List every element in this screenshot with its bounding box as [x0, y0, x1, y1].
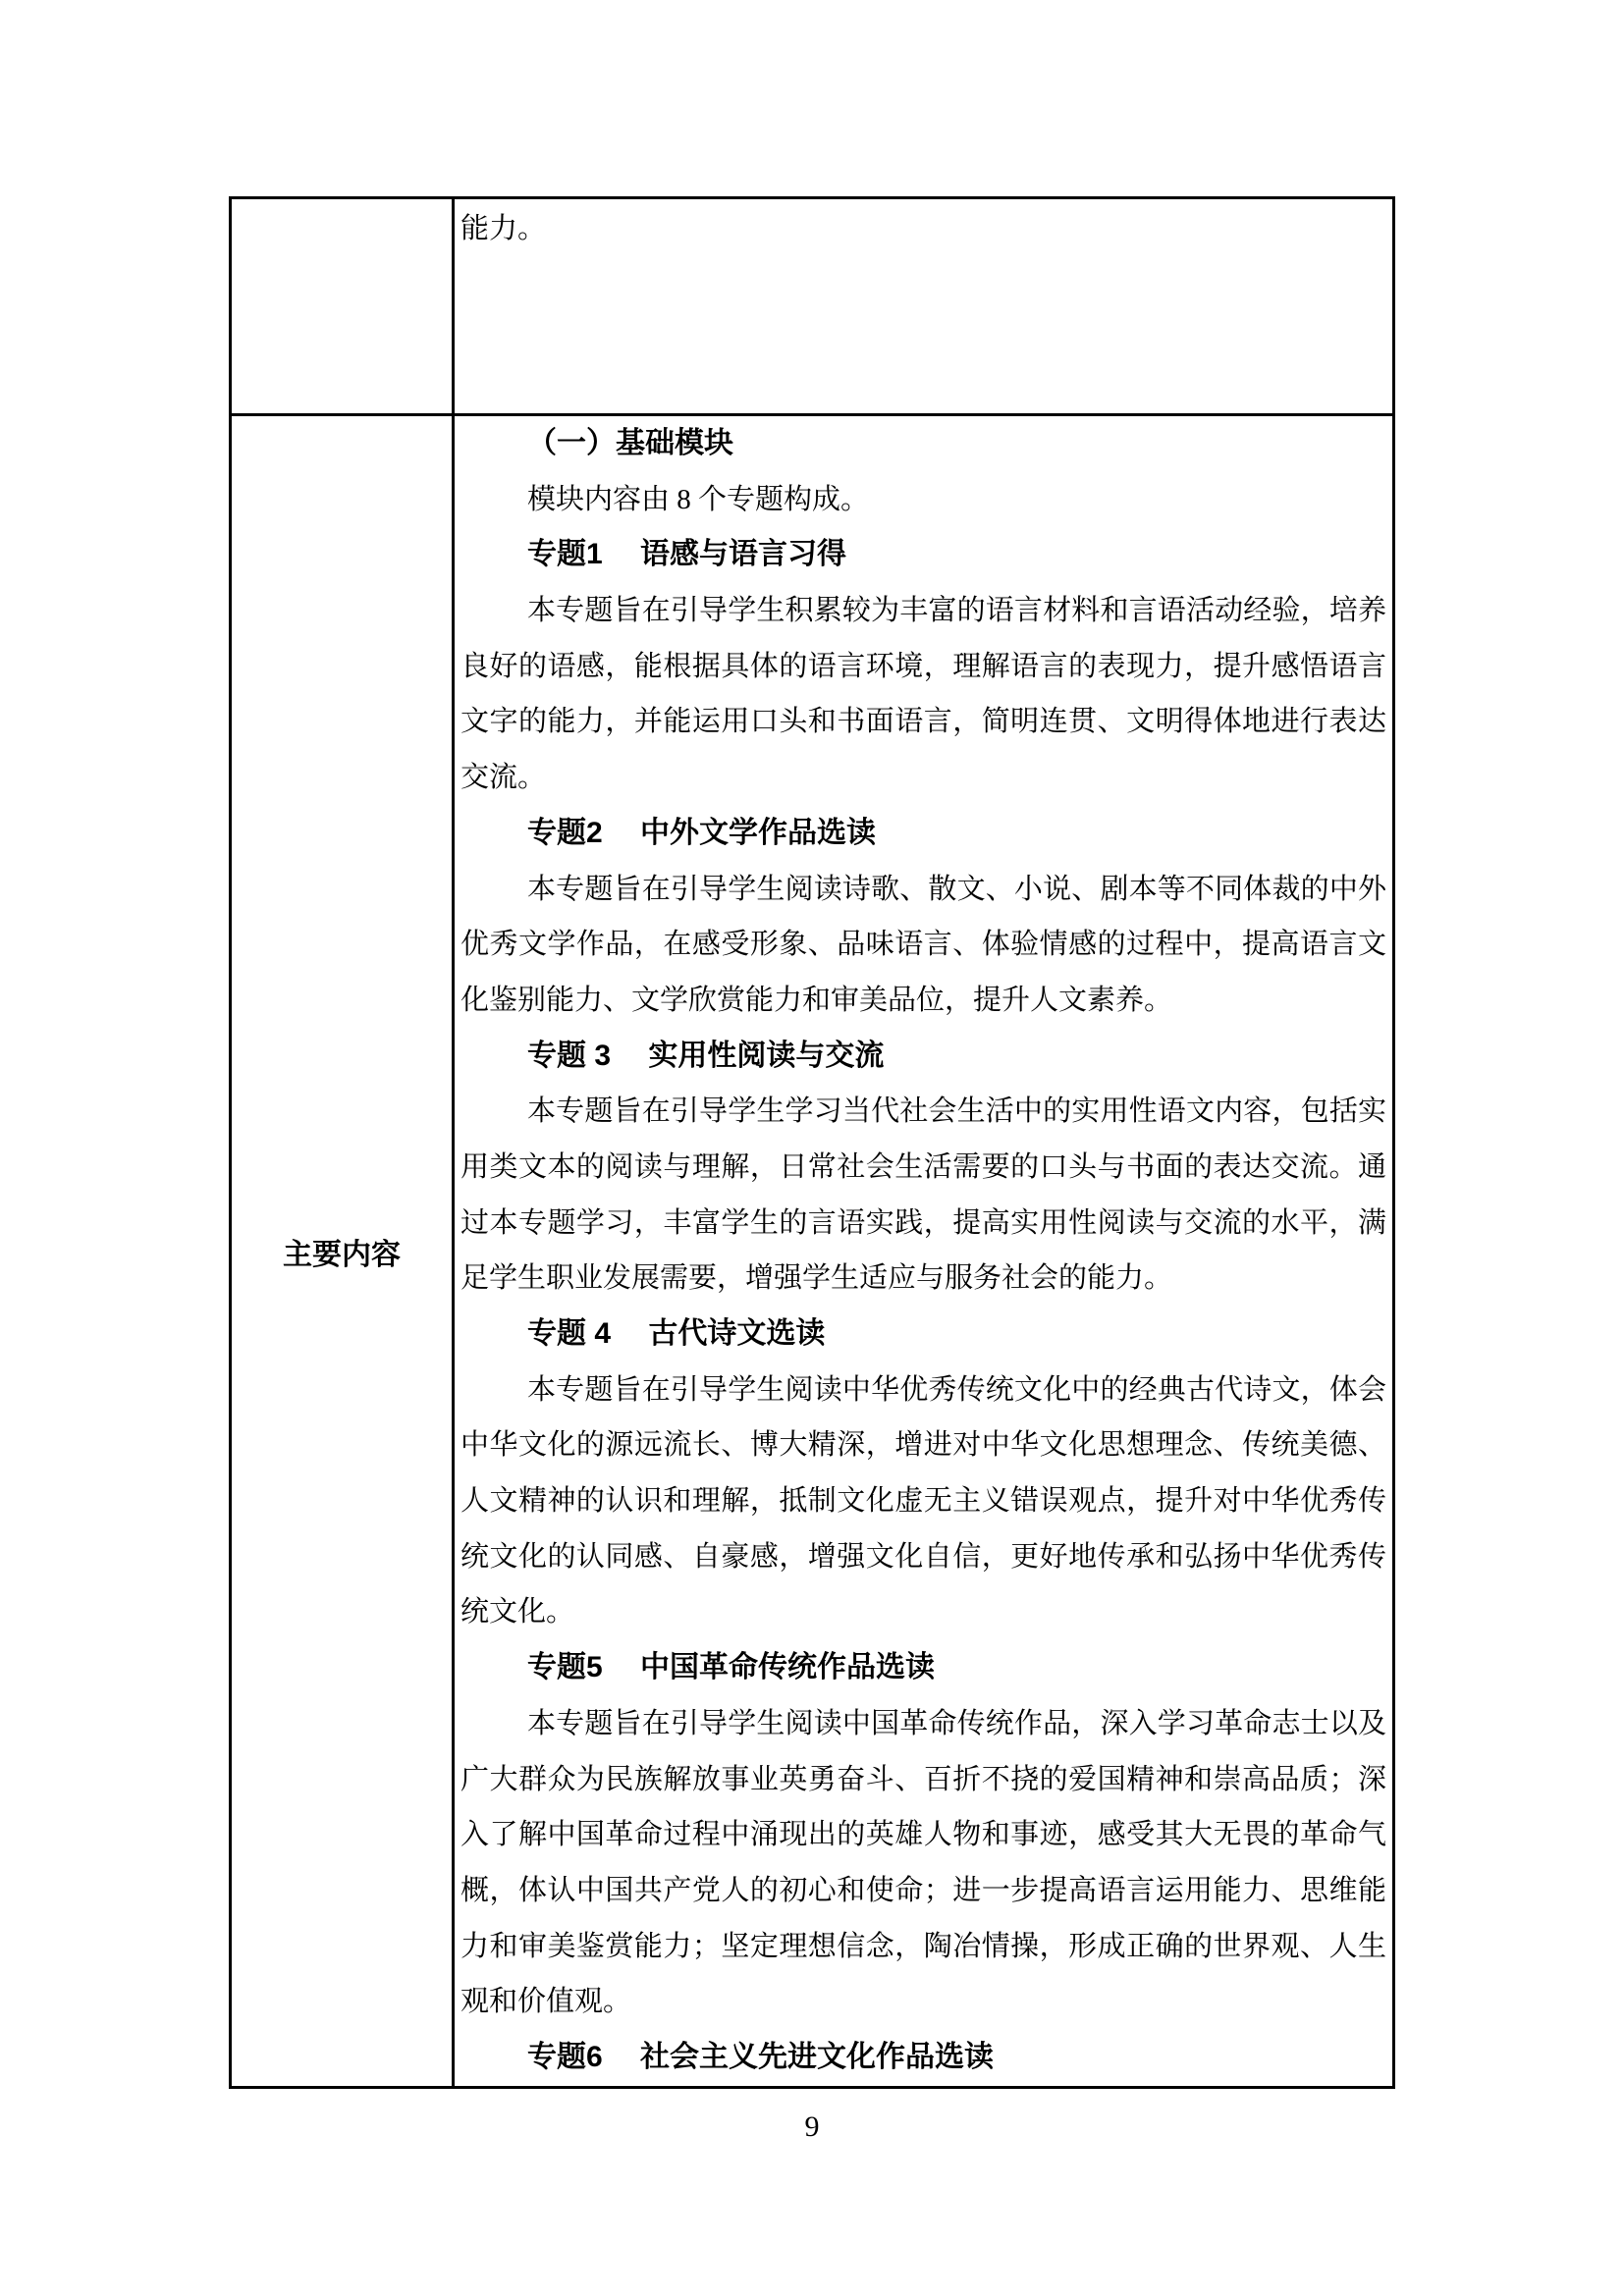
text-line: 专题2 中外文学作品选读	[460, 806, 1386, 862]
text-line: 专题6 社会主义先进文化作品选读	[460, 2030, 1386, 2086]
text-line: 本专题旨在引导学生学习当代社会生活中的实用性语文内容，包括实	[460, 1084, 1386, 1140]
content-table: 能力。 主要内容 （一）基础模块模块内容由 8 个专题构成。专题1 语感与语言习…	[229, 196, 1395, 2089]
text-line: 专题5 中国革命传统作品选读	[460, 1640, 1386, 1696]
text-line: 专题 4 古代诗文选读	[460, 1307, 1386, 1362]
text-line: 统文化的认同感、自豪感，增强文化自信，更好地传承和弘扬中华优秀传	[460, 1529, 1386, 1585]
page-number: 9	[0, 2110, 1624, 2144]
row-content-cell: 能力。	[455, 199, 1392, 413]
text-line: 统文化。	[460, 1584, 1386, 1640]
table-row-main-content: 主要内容 （一）基础模块模块内容由 8 个专题构成。专题1 语感与语言习得本专题…	[232, 416, 1392, 2086]
text-line: 用类文本的阅读与理解，日常社会生活需要的口头与书面的表达交流。通	[460, 1140, 1386, 1196]
text-line: 人文精神的认识和理解，抵制文化虚无主义错误观点，提升对中华优秀传	[460, 1473, 1386, 1529]
text-line: 广大群众为民族解放事业英勇奋斗、百折不挠的爱国精神和崇高品质；深	[460, 1752, 1386, 1808]
text-line: 本专题旨在引导学生阅读中国革命传统作品，深入学习革命志士以及	[460, 1696, 1386, 1752]
text-line: 入了解中国革命过程中涌现出的英雄人物和事迹，感受其大无畏的革命气	[460, 1807, 1386, 1863]
text-line: 概，体认中国共产党人的初心和使命；进一步提高语言运用能力、思维能	[460, 1863, 1386, 1919]
text-line: 文字的能力，并能运用口头和书面语言，简明连贯、文明得体地进行表达	[460, 694, 1386, 750]
text-line: 良好的语感，能根据具体的语言环境，理解语言的表现力，提升感悟语言	[460, 639, 1386, 695]
row-header-label: 主要内容	[283, 1230, 401, 1273]
text-line: 能力。	[460, 201, 1386, 257]
text-line: 模块内容由 8 个专题构成。	[460, 472, 1386, 528]
text-line: 力和审美鉴赏能力；坚定理想信念，陶冶情操，形成正确的世界观、人生	[460, 1919, 1386, 1975]
text-line: 足学生职业发展需要，增强学生适应与服务社会的能力。	[460, 1251, 1386, 1307]
text-line: 专题 3 实用性阅读与交流	[460, 1029, 1386, 1085]
text-line: 专题1 语感与语言习得	[460, 527, 1386, 583]
text-line: 本专题旨在引导学生阅读中华优秀传统文化中的经典古代诗文，体会	[460, 1362, 1386, 1418]
text-line: 化鉴别能力、文学欣赏能力和审美品位，提升人文素养。	[460, 973, 1386, 1029]
text-line: 中华文化的源远流长、博大精深，增进对中华文化思想理念、传统美德、	[460, 1417, 1386, 1473]
row-content-cell: （一）基础模块模块内容由 8 个专题构成。专题1 语感与语言习得本专题旨在引导学…	[455, 416, 1392, 2086]
row-header-cell-empty	[232, 199, 455, 413]
text-line: 过本专题学习，丰富学生的言语实践，提高实用性阅读与交流的水平，满	[460, 1196, 1386, 1252]
text-line: 本专题旨在引导学生积累较为丰富的语言材料和言语活动经验，培养	[460, 583, 1386, 639]
text-line: 优秀文学作品，在感受形象、品味语言、体验情感的过程中，提高语言文	[460, 917, 1386, 973]
text-line: （一）基础模块	[460, 416, 1386, 472]
text-line: 本专题旨在引导学生阅读诗歌、散文、小说、剧本等不同体裁的中外	[460, 862, 1386, 918]
table-row-previous-continuation: 能力。	[232, 199, 1392, 416]
text-line: 交流。	[460, 750, 1386, 806]
text-line: 观和价值观。	[460, 1974, 1386, 2030]
document-page: { "page": { "number": "9" }, "table": { …	[0, 0, 1624, 2296]
row-header-cell: 主要内容	[232, 416, 455, 2086]
